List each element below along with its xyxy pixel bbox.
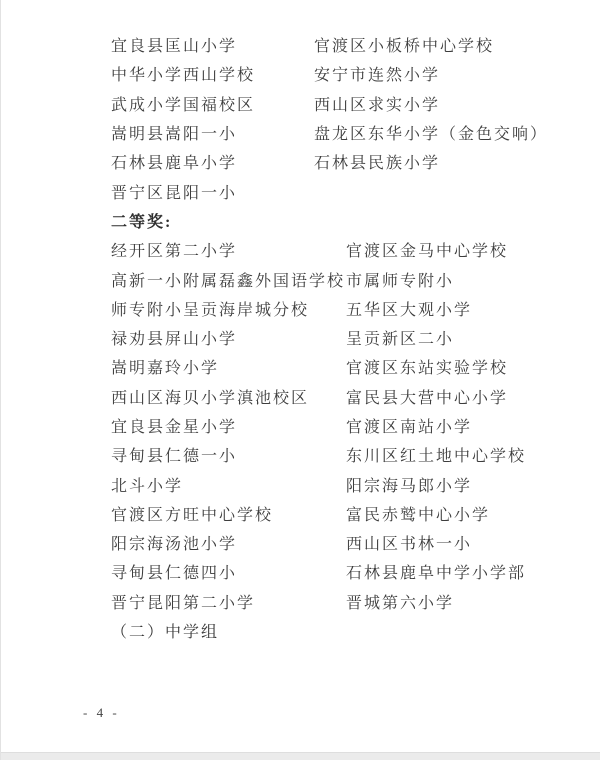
page-number: - 4 - bbox=[83, 705, 120, 721]
school-name-left-column: 禄劝县屏山小学 bbox=[111, 326, 346, 349]
page-bottom-edge bbox=[1, 752, 600, 760]
school-row: 武成小学国福校区 西山区求实小学 bbox=[111, 89, 570, 118]
school-row: 禄劝县屏山小学 呈贡新区二小 bbox=[111, 323, 570, 352]
document-viewer: 宜良县匡山小学 官渡区小板桥中心学校 中华小学西山学校 安宁市连然小学 武成小学… bbox=[0, 0, 600, 760]
school-name-left-column: 嵩明县嵩阳一小 bbox=[111, 121, 314, 144]
school-row: 寻甸县仁德一小 东川区红土地中心学校 bbox=[111, 440, 570, 469]
school-name-right-column: 西山区书林一小 bbox=[346, 531, 570, 554]
school-name-left-column: 寻甸县仁德四小 bbox=[111, 560, 346, 583]
school-name-left-column: 官渡区方旺中心学校 bbox=[111, 502, 346, 525]
school-name-right-column: 官渡区金马中心学校 bbox=[346, 238, 570, 261]
school-name-left-column: 师专附小呈贡海岸城分校 bbox=[111, 297, 346, 320]
school-row: 经开区第二小学 官渡区金马中心学校 bbox=[111, 235, 570, 264]
school-name-right-column: 官渡区东站实验学校 bbox=[346, 355, 570, 378]
school-row: 北斗小学 阳宗海马郎小学 bbox=[111, 469, 570, 498]
school-name-right-column: 东川区红土地中心学校 bbox=[346, 443, 570, 466]
middle-school-group-row: （二）中学组 bbox=[111, 616, 570, 645]
school-name-left-column: 晋宁昆阳第二小学 bbox=[111, 590, 346, 613]
page-content: 宜良县匡山小学 官渡区小板桥中心学校 中华小学西山学校 安宁市连然小学 武成小学… bbox=[111, 30, 570, 645]
school-name-left-column: 西山区海贝小学滇池校区 bbox=[111, 385, 346, 408]
school-row: 寻甸县仁德四小 石林县鹿阜中学小学部 bbox=[111, 557, 570, 586]
school-row: 石林县鹿阜小学 石林县民族小学 bbox=[111, 147, 570, 176]
document-page: 宜良县匡山小学 官渡区小板桥中心学校 中华小学西山学校 安宁市连然小学 武成小学… bbox=[0, 0, 600, 760]
school-row: 中华小学西山学校 安宁市连然小学 bbox=[111, 59, 570, 88]
school-name-left-column: 高新一小附属磊鑫外国语学校 bbox=[111, 268, 346, 291]
school-name-right-column: 晋城第六小学 bbox=[346, 590, 570, 613]
school-row: 嵩明县嵩阳一小 盘龙区东华小学（金色交响） bbox=[111, 118, 570, 147]
school-name-right-column: 西山区求实小学 bbox=[314, 92, 570, 115]
school-name-left-column: 中华小学西山学校 bbox=[111, 62, 314, 85]
school-name-left-column: 经开区第二小学 bbox=[111, 238, 346, 261]
school-name-right-column: 石林县民族小学 bbox=[314, 150, 570, 173]
school-name-left-column: 宜良县金星小学 bbox=[111, 414, 346, 437]
school-name-left-column: 嵩明嘉玲小学 bbox=[111, 355, 346, 378]
school-row: 师专附小呈贡海岸城分校 五华区大观小学 bbox=[111, 294, 570, 323]
school-name-right-column: 富民县大营中心小学 bbox=[346, 385, 570, 408]
school-name-right-column: 官渡区南站小学 bbox=[346, 414, 570, 437]
school-name-left-column: 北斗小学 bbox=[111, 473, 346, 496]
school-name-right-column: 安宁市连然小学 bbox=[314, 62, 570, 85]
school-name-left-column: 寻甸县仁德一小 bbox=[111, 443, 346, 466]
school-row: 宜良县匡山小学 官渡区小板桥中心学校 bbox=[111, 30, 570, 59]
school-name-right-column: 五华区大观小学 bbox=[346, 297, 570, 320]
school-name-left-column: 宜良县匡山小学 bbox=[111, 33, 314, 56]
school-row: 晋宁区昆阳一小 bbox=[111, 176, 570, 205]
school-name-left-column: 石林县鹿阜小学 bbox=[111, 150, 314, 173]
school-name-right-column: 阳宗海马郎小学 bbox=[346, 473, 570, 496]
school-row: 高新一小附属磊鑫外国语学校 市属师专附小 bbox=[111, 264, 570, 293]
second-prize-heading: 二等奖: bbox=[111, 209, 172, 232]
school-name-right-column: 市属师专附小 bbox=[346, 268, 570, 291]
school-name-right-column: 官渡区小板桥中心学校 bbox=[314, 33, 570, 56]
second-prize-list: 经开区第二小学 官渡区金马中心学校 高新一小附属磊鑫外国语学校 市属师专附小 师… bbox=[111, 235, 570, 616]
school-row: 西山区海贝小学滇池校区 富民县大营中心小学 bbox=[111, 382, 570, 411]
school-row: 阳宗海汤池小学 西山区书林一小 bbox=[111, 528, 570, 557]
school-row: 官渡区方旺中心学校 富民赤鹫中心小学 bbox=[111, 499, 570, 528]
second-prize-heading-row: 二等奖: bbox=[111, 206, 570, 235]
school-name-right-column: 呈贡新区二小 bbox=[346, 326, 570, 349]
school-name-left-column: 武成小学国福校区 bbox=[111, 92, 314, 115]
school-name-left-column: 阳宗海汤池小学 bbox=[111, 531, 346, 554]
school-row: 晋宁昆阳第二小学 晋城第六小学 bbox=[111, 587, 570, 616]
first-prize-list: 宜良县匡山小学 官渡区小板桥中心学校 中华小学西山学校 安宁市连然小学 武成小学… bbox=[111, 30, 570, 206]
school-row: 嵩明嘉玲小学 官渡区东站实验学校 bbox=[111, 352, 570, 381]
school-name-right-column: 石林县鹿阜中学小学部 bbox=[346, 560, 570, 583]
school-name-right-column: 盘龙区东华小学（金色交响） bbox=[314, 121, 570, 144]
middle-school-group-label: （二）中学组 bbox=[111, 619, 219, 642]
school-name-right-column: 富民赤鹫中心小学 bbox=[346, 502, 570, 525]
school-name-left-column: 晋宁区昆阳一小 bbox=[111, 180, 314, 203]
school-row: 宜良县金星小学 官渡区南站小学 bbox=[111, 411, 570, 440]
